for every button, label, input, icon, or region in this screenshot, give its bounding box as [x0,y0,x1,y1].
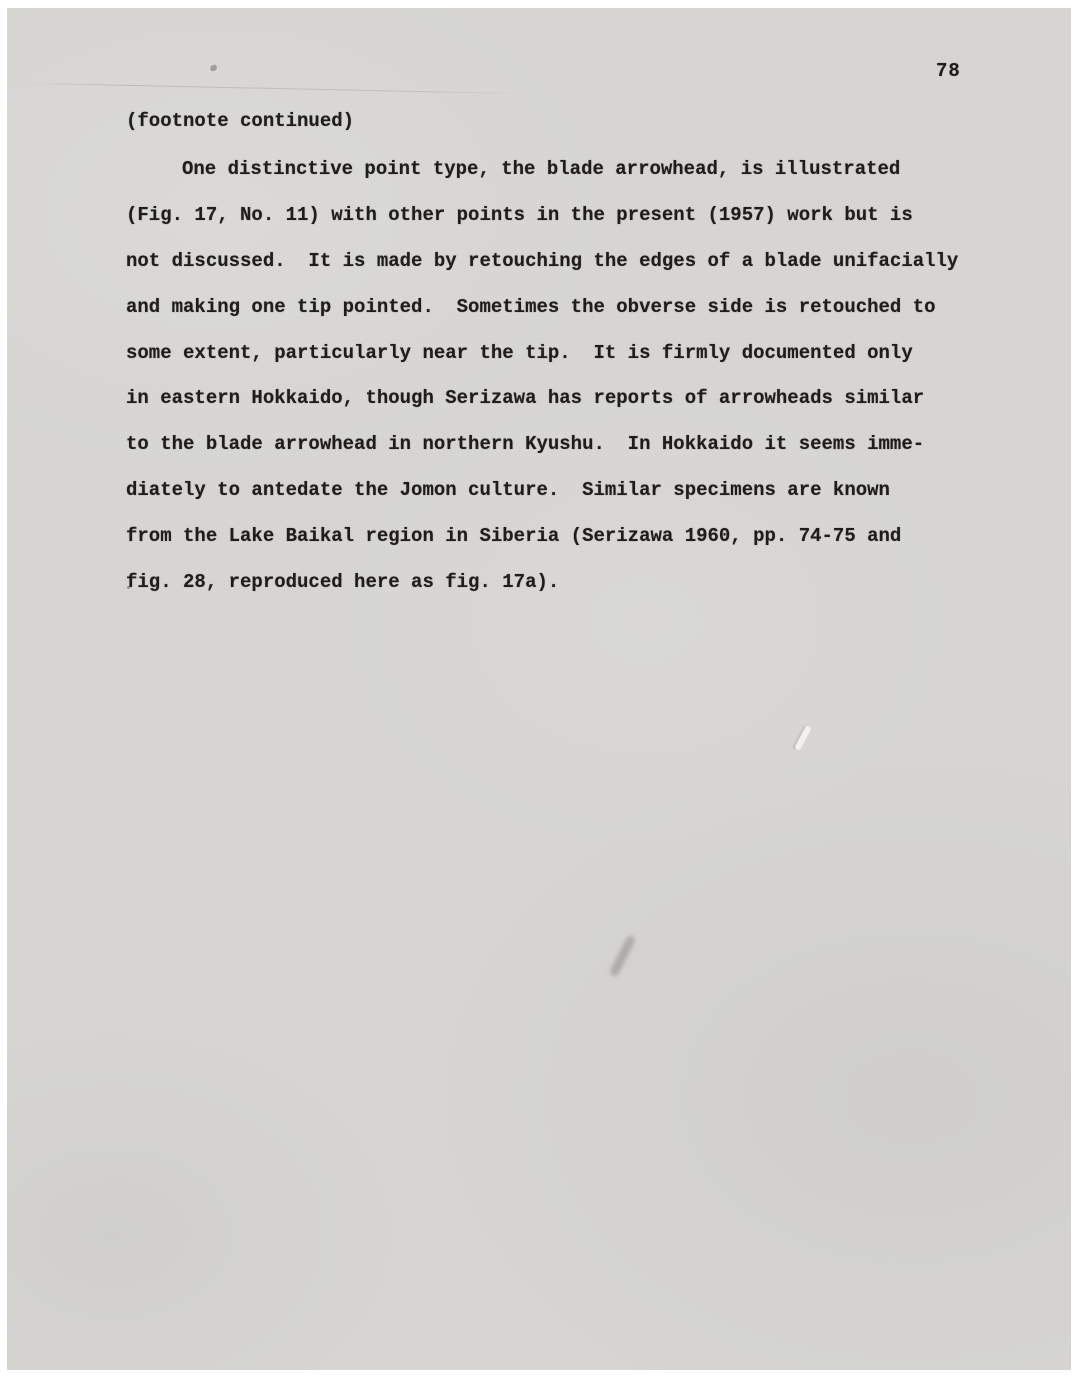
footnote-continued-heading: (footnote continued) [126,110,354,132]
paper-background: 78 (footnote continued) One distinctive … [7,8,1071,1370]
scan-artifact-smudge [609,934,637,977]
paragraph-line: and making one tip pointed. Sometimes th… [126,285,1006,331]
paragraph-line: diately to antedate the Jomon culture. S… [126,468,1006,514]
paragraph-line: fig. 28, reproduced here as fig. 17a). [126,560,1006,606]
paragraph-line: (Fig. 17, No. 11) with other points in t… [126,193,1006,239]
paragraph-line: One distinctive point type, the blade ar… [126,147,1006,193]
scan-artifact-scratch [20,83,530,95]
page-number: 78 [936,60,961,82]
paragraph-line: in eastern Hokkaido, though Serizawa has… [126,376,1006,422]
paragraph-line: to the blade arrowhead in northern Kyush… [126,422,1006,468]
paragraph-line: some extent, particularly near the tip. … [126,331,1006,377]
paragraph-line: not discussed. It is made by retouching … [126,239,1006,285]
scan-artifact-speck [209,64,218,72]
scan-artifact-crease [794,725,812,751]
scanned-document-page: 78 (footnote continued) One distinctive … [0,0,1079,1380]
paragraph-line: from the Lake Baikal region in Siberia (… [126,514,1006,560]
footnote-paragraph: One distinctive point type, the blade ar… [126,147,1006,606]
